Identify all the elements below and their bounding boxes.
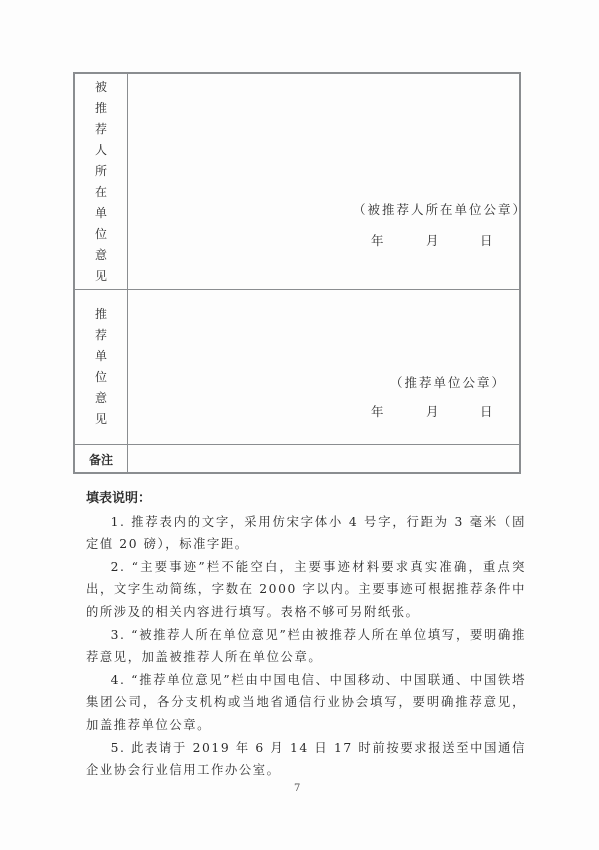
label-char: 意 — [95, 388, 107, 409]
label-char: 位 — [95, 367, 107, 388]
label-nominee-unit-opinion: 被 推 荐 人 所 在 单 位 意 见 — [75, 74, 128, 289]
instructions-title: 填表说明： — [86, 488, 526, 511]
label-char: 推 — [95, 98, 107, 119]
label-char: 荐 — [95, 325, 107, 346]
label-char: 推 — [95, 304, 107, 325]
date-year: 年 — [371, 402, 384, 420]
label-char: 见 — [95, 266, 107, 287]
instruction-item: 1. 推荐表内的文字，采用仿宋字体小 4 号字，行距为 3 毫米（固定值 20 … — [86, 511, 526, 556]
label-char: 单 — [95, 203, 107, 224]
label-char: 单 — [95, 346, 107, 367]
instruction-item: 5. 此表请于 2019 年 6 月 14 日 17 时前按要求报送至中国通信企… — [86, 737, 526, 782]
instructions-section: 填表说明： 1. 推荐表内的文字，采用仿宋字体小 4 号字，行距为 3 毫米（固… — [86, 488, 526, 782]
label-char: 意 — [95, 245, 107, 266]
instruction-item: 2. “主要事迹”栏不能空白，主要事迹材料要求真实准确，重点突出，文字生动简练，… — [86, 556, 526, 624]
seal-note: （被推荐人所在单位公章） — [353, 200, 527, 218]
label-char: 见 — [95, 409, 107, 430]
date-day: 日 — [480, 231, 493, 249]
date-month: 月 — [426, 231, 439, 249]
label-char: 荐 — [95, 119, 107, 140]
date-month: 月 — [426, 402, 439, 420]
instruction-item: 3. “被推荐人所在单位意见”栏由被推荐人所在单位填写，要明确推荐意见，加盖被推… — [86, 624, 526, 669]
date-year: 年 — [371, 231, 384, 249]
label-char: 在 — [95, 182, 107, 203]
label-char: 人 — [95, 140, 107, 161]
label-recommending-unit-opinion: 推 荐 单 位 意 见 — [75, 290, 128, 444]
seal-note: （推荐单位公章） — [390, 373, 506, 391]
recommendation-form-table: 被 推 荐 人 所 在 单 位 意 见 （被推荐人所在单位公章） 年 月 日 推… — [73, 72, 521, 474]
page-number: 7 — [294, 783, 300, 794]
instruction-item: 4. “推荐单位意见”栏由中国电信、中国移动、中国联通、中国铁塔集团公司，各分支… — [86, 669, 526, 737]
remarks-label: 备注 — [89, 451, 113, 468]
remarks-field[interactable] — [128, 445, 519, 474]
label-char: 被 — [95, 77, 107, 98]
label-remarks: 备注 — [75, 445, 128, 474]
nominee-unit-opinion-field[interactable]: （被推荐人所在单位公章） 年 月 日 — [128, 74, 519, 289]
label-char: 所 — [95, 161, 107, 182]
label-char: 位 — [95, 224, 107, 245]
date-day: 日 — [480, 402, 493, 420]
recommending-unit-opinion-field[interactable]: （推荐单位公章） 年 月 日 — [128, 290, 519, 444]
row-nominee-unit-opinion: 被 推 荐 人 所 在 单 位 意 见 （被推荐人所在单位公章） 年 月 日 — [75, 74, 519, 290]
row-recommending-unit-opinion: 推 荐 单 位 意 见 （推荐单位公章） 年 月 日 — [75, 290, 519, 445]
row-remarks: 备注 — [75, 445, 519, 474]
